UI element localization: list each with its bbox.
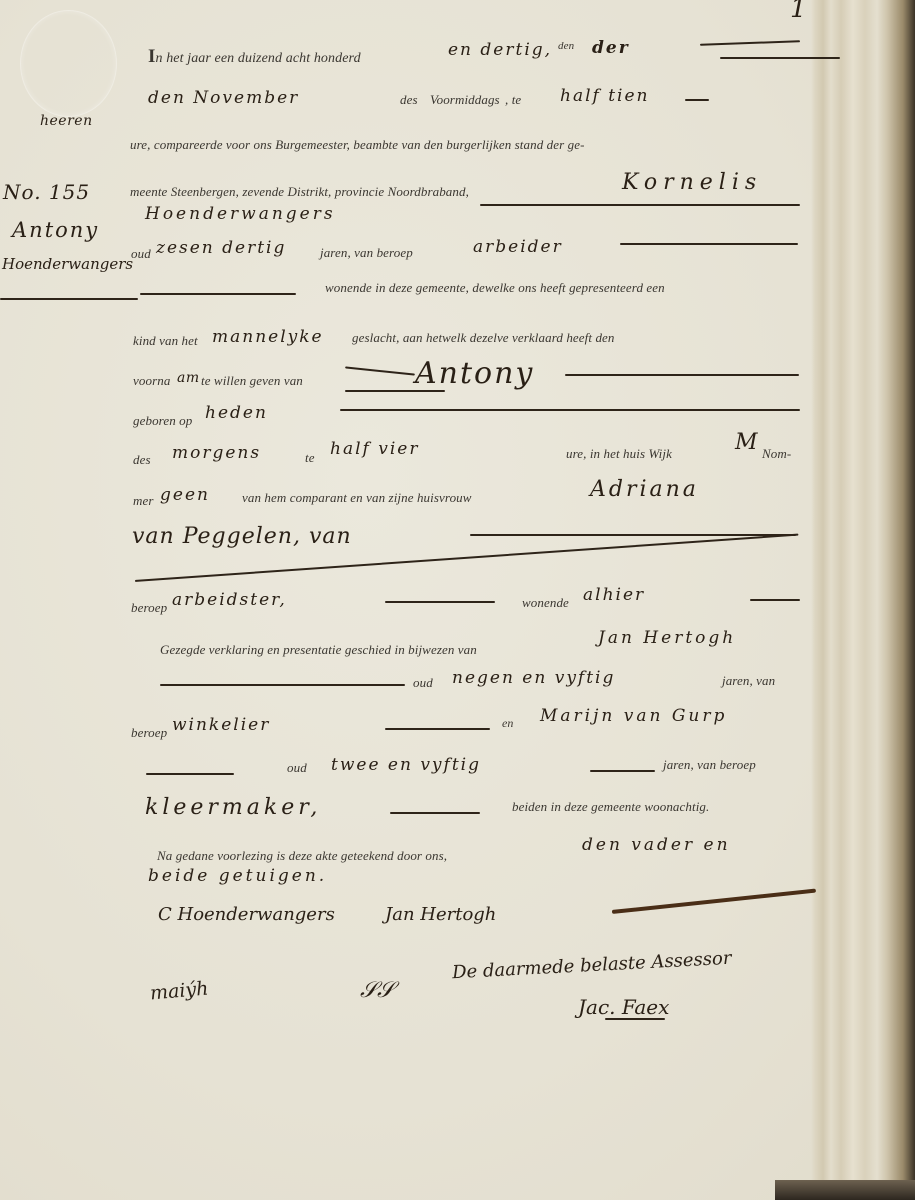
document-page: 1 heeren No. 155 Antony Hoenderwangers I… bbox=[0, 0, 915, 1200]
printed-text: te willen geven van bbox=[201, 373, 303, 389]
signature-underline bbox=[605, 1018, 665, 1020]
handwritten-day: der bbox=[592, 38, 630, 58]
handwritten-father-surname: Hoenderwangers bbox=[145, 204, 336, 224]
rule bbox=[385, 728, 490, 730]
printed-text: jaren, van beroep bbox=[663, 757, 756, 773]
signature-paraph: 𝒮𝒮 bbox=[360, 978, 394, 1003]
signature-witness-1: Jan Hertogh bbox=[385, 904, 496, 925]
handwritten-birth-time: half vier bbox=[330, 439, 419, 459]
handwritten-sex: mannelyke bbox=[212, 327, 324, 347]
rule bbox=[340, 409, 800, 411]
assessor-label: De daarmede belaste Assessor bbox=[452, 948, 732, 984]
printed-text: oud bbox=[413, 675, 433, 691]
handwritten-mother-occupation: arbeidster, bbox=[172, 590, 287, 610]
drop-cap: I bbox=[148, 46, 156, 67]
printed-text: ure, in het huis Wijk bbox=[566, 446, 672, 462]
handwritten-mother-surname: van Peggelen, van bbox=[132, 524, 352, 549]
rule bbox=[620, 243, 798, 245]
handwritten-text: am bbox=[177, 370, 200, 386]
book-cover-corner bbox=[775, 1180, 915, 1200]
printed-text: oud bbox=[131, 246, 151, 262]
page-edges-binding bbox=[793, 0, 915, 1200]
printed-text: , te bbox=[505, 92, 521, 108]
embossed-seal bbox=[20, 10, 117, 117]
rule bbox=[385, 601, 495, 603]
printed-text: Nom- bbox=[762, 446, 791, 462]
printed-text: jaren, van bbox=[722, 673, 775, 689]
printed-text: jaren, van beroep bbox=[320, 245, 413, 261]
handwritten-child-name: Antony bbox=[415, 356, 534, 391]
handwritten-witness-1-age: negen en vyftig bbox=[452, 668, 615, 688]
flourish bbox=[345, 366, 415, 375]
handwritten-father-age: zesen dertig bbox=[156, 238, 286, 258]
printed-text: oud bbox=[287, 760, 307, 776]
printed-text: Gezegde verklaring en presentatie geschi… bbox=[160, 642, 477, 658]
handwritten-father-occupation: arbeider bbox=[473, 237, 563, 257]
rule bbox=[750, 599, 800, 601]
handwritten-father-first-name: Kornelis bbox=[622, 170, 762, 195]
margin-rule bbox=[0, 298, 138, 300]
rule bbox=[700, 40, 800, 45]
printed-text: voorna bbox=[133, 373, 170, 389]
page-number: 1 bbox=[790, 0, 808, 24]
printed-text: ure, compareerde voor ons Burgemeester, … bbox=[130, 137, 585, 153]
printed-text: te bbox=[305, 450, 315, 466]
handwritten-witness-1-occupation: winkelier bbox=[172, 715, 270, 735]
printed-text: beroep bbox=[131, 725, 167, 741]
printed-text: Na gedane voorlezing is deze akte geteek… bbox=[157, 848, 447, 864]
printed-text: mer bbox=[133, 493, 154, 509]
printed-text: des bbox=[133, 452, 151, 468]
handwritten-text: beide getuigen. bbox=[148, 866, 327, 886]
printed-text: In het jaar een duizend acht honderd bbox=[148, 46, 361, 68]
handwritten-witness-2-occupation: kleermaker, bbox=[145, 795, 321, 820]
printed-text: beiden in deze gemeente woonachtig. bbox=[512, 799, 709, 815]
rule bbox=[146, 773, 234, 775]
handwritten-residence: alhier bbox=[583, 585, 645, 605]
printed-text: beroep bbox=[131, 600, 167, 616]
handwritten-text: den vader en bbox=[582, 835, 731, 855]
margin-given-name: Antony bbox=[12, 218, 99, 242]
handwritten-birth-day: heden bbox=[205, 403, 268, 423]
handwritten-time: half tien bbox=[560, 86, 650, 106]
printed-text: meente Steenbergen, zevende Distrikt, pr… bbox=[130, 184, 469, 200]
rule bbox=[565, 374, 799, 376]
signature-flourish bbox=[612, 889, 816, 914]
printed-text: en bbox=[502, 716, 514, 731]
margin-note: heeren bbox=[40, 113, 93, 129]
rule bbox=[720, 57, 840, 59]
printed-text: des bbox=[400, 92, 418, 108]
rule bbox=[160, 684, 405, 686]
rule bbox=[685, 99, 709, 101]
name-underline bbox=[345, 390, 445, 392]
handwritten-ward: M bbox=[735, 430, 759, 455]
signature-witness-2: maiýh bbox=[149, 977, 209, 1004]
signature-father: C Hoenderwangers bbox=[158, 904, 335, 925]
handwritten-daypart: Voormiddags bbox=[430, 92, 500, 108]
rule bbox=[470, 534, 796, 536]
printed-text: van hem comparant en van zijne huisvrouw bbox=[242, 490, 472, 506]
printed-text: den bbox=[558, 40, 574, 52]
handwritten-daypart: morgens bbox=[172, 443, 261, 463]
handwritten-year: en dertig, bbox=[448, 40, 552, 60]
printed-text: geboren op bbox=[133, 413, 192, 429]
printed-text: wonende in deze gemeente, dewelke ons he… bbox=[325, 280, 665, 296]
margin-surname: Hoenderwangers bbox=[2, 255, 133, 273]
signature-assessor: Jac. Faex bbox=[578, 995, 669, 1019]
record-number: No. 155 bbox=[3, 180, 90, 204]
handwritten-witness-1: Jan Hertogh bbox=[598, 628, 736, 648]
printed-text: geslacht, aan hetwelk dezelve verklaard … bbox=[352, 330, 615, 346]
rule bbox=[590, 770, 655, 772]
handwritten-mother-first-name: Adriana bbox=[590, 477, 699, 502]
rule bbox=[480, 204, 800, 206]
printed-text: kind van het bbox=[133, 333, 198, 349]
rule bbox=[140, 293, 296, 295]
handwritten-witness-2: Marijn van Gurp bbox=[540, 706, 727, 726]
handwritten-month: den November bbox=[148, 88, 299, 108]
handwritten-house-number: geen bbox=[160, 485, 210, 505]
printed-text: wonende bbox=[522, 595, 569, 611]
rule bbox=[390, 812, 480, 814]
handwritten-witness-2-age: twee en vyftig bbox=[331, 755, 481, 775]
